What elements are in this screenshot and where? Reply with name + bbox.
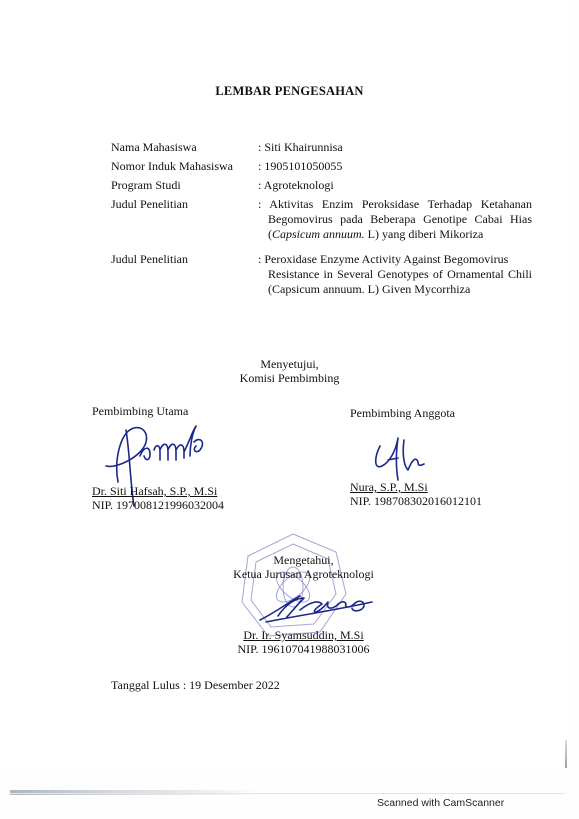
title-line: Begomovirus pada Beberapa Genotipe Cabai… <box>258 212 532 227</box>
head-signature <box>256 590 376 625</box>
field-value: : Agroteknologi <box>258 178 334 193</box>
field-label: Nomor Induk Mahasiswa <box>111 159 233 174</box>
graduation-date: Tanggal Lulus : 19 Desember 2022 <box>111 678 280 693</box>
document-title: LEMBAR PENGESAHAN <box>0 84 579 99</box>
head-known-by: Mengetahui, <box>14 553 579 567</box>
title-tail: L) yang diberi Mikoriza <box>365 227 484 241</box>
scientific-name: Capsicum annuum. <box>272 227 365 241</box>
field-label: Judul Penelitian <box>111 197 188 212</box>
field-value: : Aktivitas Enzim Peroksidase Terhadap K… <box>258 197 532 242</box>
field-label: Program Studi <box>111 178 181 193</box>
member-supervisor-role: Pembimbing Anggota <box>350 406 455 420</box>
scan-bottom-edge <box>10 793 565 794</box>
main-supervisor-role: Pembimbing Utama <box>92 404 188 418</box>
field-value: : Siti Khairunnisa <box>258 140 343 155</box>
head-nip: NIP. 196107041988031006 <box>14 642 579 656</box>
member-supervisor-name: Nura, S.P., M.Si <box>350 480 428 494</box>
main-supervisor-nip: NIP. 197008121996032004 <box>92 498 224 512</box>
name-text: Nura, S.P., M.Si <box>350 480 428 494</box>
main-supervisor-name: Dr. Siti Hafsah, S.P., M.Si <box>92 484 217 498</box>
member-supervisor-signature <box>368 430 428 480</box>
member-supervisor-nip: NIP. 198708302016012101 <box>350 494 482 508</box>
field-label: Judul Penelitian <box>111 252 188 267</box>
approval-line: Menyetujui, <box>0 357 579 371</box>
field-label: Nama Mahasiswa <box>111 140 197 155</box>
title-line: (Capsicum annuum. L) Given Mycorrhiza <box>258 282 532 297</box>
title-line: (Capsicum annuum. L) yang diberi Mikoriz… <box>258 227 532 242</box>
approval-heading: Menyetujui, Komisi Pembimbing <box>0 357 579 385</box>
title-line: Resistance in Several Genotypes of Ornam… <box>258 267 532 282</box>
field-value: : 1905101050055 <box>258 159 342 174</box>
camscanner-watermark: Scanned with CamScanner <box>377 797 504 809</box>
name-text: Dr. Siti Hafsah, S.P., M.Si <box>92 484 217 498</box>
name-text: Dr. Ir. Syamsuddin, M.Si <box>243 628 363 642</box>
scan-edge-shadow <box>565 740 567 768</box>
title-line: : Peroxidase Enzyme Activity Against Beg… <box>258 252 532 267</box>
title-line: : Aktivitas Enzim Peroksidase Terhadap K… <box>258 197 532 212</box>
head-title: Ketua Jurusan Agroteknologi <box>14 567 579 581</box>
department-stamp <box>238 532 348 642</box>
approval-committee: Komisi Pembimbing <box>0 371 579 385</box>
head-name: Dr. Ir. Syamsuddin, M.Si <box>14 628 579 642</box>
field-value: : Peroxidase Enzyme Activity Against Beg… <box>258 252 532 297</box>
head-heading: Mengetahui, Ketua Jurusan Agroteknologi <box>14 553 579 581</box>
